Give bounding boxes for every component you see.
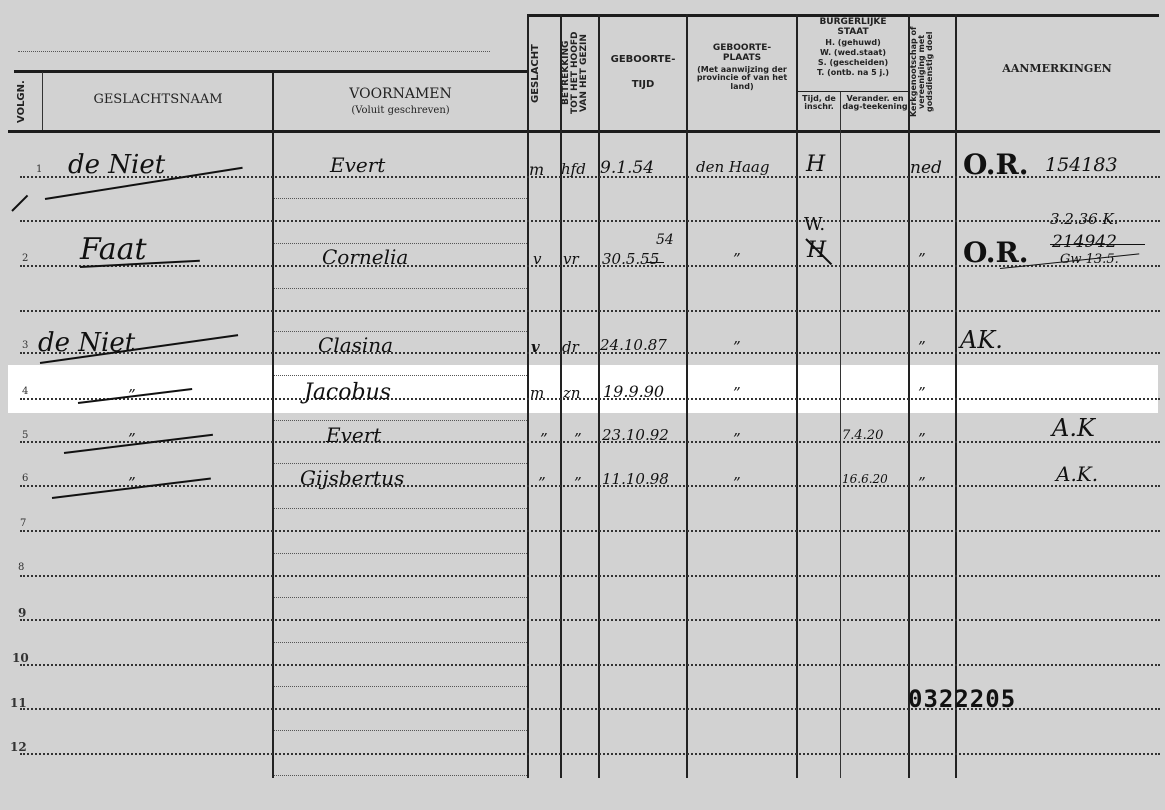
header-bs-w: W. (wed.staat) (798, 49, 908, 57)
row-line-7 (20, 530, 1160, 532)
vn-subline (274, 420, 527, 421)
row1-geboortedatum: 9.1.54 (600, 158, 654, 178)
row-number: 4 (22, 386, 28, 397)
row1-geslacht: m (529, 160, 544, 179)
vn-subline (274, 597, 527, 598)
row6-aanmerking: A.K. (1056, 462, 1098, 486)
row3-achternaam: de Niet (38, 328, 135, 358)
vn-subline (274, 686, 527, 687)
row6-geslacht: ” (538, 474, 546, 492)
row2-voornaam: Cornelia (322, 245, 408, 269)
row-line-8 (20, 575, 1160, 577)
header-bs-s: S. (gescheiden) (798, 59, 908, 67)
row-number: 6 (22, 473, 28, 484)
vn-subline (274, 243, 527, 244)
header-bs-verander: Verander. en dag-teekening (842, 95, 908, 112)
col-line-volgnr (42, 72, 43, 130)
row-line-2b (20, 310, 1160, 312)
header-volgnr: VOLGN. (17, 76, 37, 128)
row6-geboortedatum: 11.10.98 (602, 470, 669, 488)
row2-geboortedatum: 30.5.55 (602, 250, 659, 268)
row6-kerk: ” (918, 474, 926, 492)
row4-geboorteplaats: ” (733, 384, 741, 402)
row6-geboorteplaats: ” (733, 474, 741, 492)
row-number: 10 (12, 651, 29, 665)
header-geslacht: GESLACHT (531, 22, 557, 126)
row1-betrekking: hfd (561, 160, 586, 178)
row3-geboortedatum: 24.10.87 (600, 336, 667, 354)
row-number: 8 (18, 562, 24, 573)
row5-strike (64, 434, 213, 454)
staat-sub-divider (797, 91, 908, 92)
row1-kerk: ned (910, 158, 942, 178)
header-kerkgenootschap: Kerkgenootschap of vereeniging met godsd… (910, 16, 954, 128)
registration-card: VOLGN. GESLACHTSNAAM VOORNAMEN (Voluit g… (0, 0, 1165, 810)
row5-voornaam: Evert (326, 423, 381, 447)
row3-geboorteplaats: ” (733, 338, 741, 356)
header-betrekking: BETREKKING TOT HET HOOFD VAN HET GEZIN (562, 18, 596, 128)
row5-geboorteplaats: ” (733, 430, 741, 448)
row2-geslacht: v (533, 250, 541, 268)
row1-aanmerking: 154183 (1045, 154, 1118, 176)
vn-subline (274, 288, 527, 289)
row-number: 5 (22, 430, 28, 441)
row3-kerk: ” (918, 338, 926, 356)
row2-kerk: ” (918, 250, 926, 268)
vn-subline (274, 642, 527, 643)
vn-subline (274, 375, 527, 376)
header-bs-t: T. (ontb. na 5 j.) (798, 69, 908, 77)
row1-achternaam: de Niet (68, 150, 165, 180)
row5-betrekking: ” (574, 430, 582, 448)
row4-kerk: ” (918, 384, 926, 402)
row3-voornaam: Clasina (318, 333, 393, 357)
col-line-staat-split (840, 92, 841, 778)
vn-subline (274, 553, 527, 554)
row-number: 7 (20, 518, 26, 529)
row2-or-stamp: O.R. (963, 236, 1029, 269)
header-burgerlijke-staat-2: STAAT (798, 28, 908, 37)
row4-voornaam: Jacobus (304, 380, 391, 405)
row6-betrekking: ” (574, 474, 582, 492)
header-geboorteplaats-2: PLAATS (688, 54, 796, 63)
row-line-5 (20, 441, 1160, 443)
row3-aanmerking: AK. (960, 326, 1003, 354)
row2-achternaam: Faat (80, 232, 147, 267)
top-dotted-line (18, 51, 490, 52)
row-line-1b (20, 220, 1160, 222)
row2-aanmerking-strike (1050, 244, 1145, 245)
row2-geboortedatum-correctie: 54 (656, 232, 674, 248)
row5-geboortedatum: 23.10.92 (602, 426, 669, 444)
row1-voornaam: Evert (330, 153, 385, 177)
header-voornamen-sub: (Voluit geschreven) (274, 106, 527, 117)
row-line-10 (20, 664, 1160, 666)
header-aanmerkingen: AANMERKINGEN (957, 63, 1157, 75)
row2-aanmerking: 214942 (1052, 232, 1117, 252)
header-geboortetijd-1: GEBOORTE- (600, 55, 686, 66)
row2-geboorteplaats: ” (733, 250, 741, 268)
row-number: 2 (22, 253, 28, 264)
vn-subline (274, 508, 527, 509)
row-number: 11 (10, 696, 27, 710)
row2-aanmerking-boven: 3.2.36 K. (1050, 210, 1118, 228)
row4-geboortedatum: 19.9.90 (603, 382, 664, 401)
row3-geslacht: v (531, 338, 540, 356)
row-line-9 (20, 619, 1160, 621)
row5-aanmerking: A.K (1052, 414, 1095, 442)
row-number: 3 (22, 340, 28, 351)
row5-verandering: 7.4.20 (842, 428, 883, 443)
row3-betrekking: dr (562, 338, 579, 356)
header-geslachtsnaam: GESLACHTSNAAM (44, 93, 272, 107)
header-bottom-border (8, 130, 1160, 133)
row2-betrekking: vr (563, 250, 579, 268)
vn-subline (274, 198, 527, 199)
row1-geboorteplaats: den Haag (696, 158, 769, 176)
header-bs-tijd: Tijd, de inschr. (798, 95, 840, 112)
row-number: 9 (18, 606, 26, 620)
row2-date-strike (646, 262, 664, 263)
row6-voornaam: Gijsbertus (300, 466, 404, 490)
vn-subline (274, 463, 527, 464)
row1-staat: H (806, 152, 825, 177)
vn-subline (274, 775, 527, 776)
row1-slash (11, 195, 28, 212)
stamp-number: 0322205 (908, 685, 1016, 713)
header-geboorteplaats-sub: (Met aanwijzing der provincie of van het… (694, 66, 790, 91)
row-line-6 (20, 485, 1160, 487)
row2-staat: W. (804, 214, 825, 235)
header-geboortetijd-2: TIJD (600, 80, 686, 91)
vn-subline (274, 331, 527, 332)
vn-subline (274, 730, 527, 731)
row-number: 12 (10, 740, 27, 754)
row-line-12 (20, 753, 1160, 755)
row-number: 1 (36, 164, 42, 175)
row-line-4 (20, 398, 1160, 400)
row1-or-stamp: O.R. (963, 148, 1029, 181)
row5-geslacht: ” (540, 430, 548, 448)
row5-kerk: ” (918, 430, 926, 448)
row4-betrekking: zn (563, 384, 581, 402)
header-voornamen: VOORNAMEN (274, 87, 527, 102)
row4-geslacht: m (530, 384, 544, 402)
row6-verandering: 16.6.20 (842, 472, 888, 486)
header-bs-h: H. (gehuwd) (798, 39, 908, 47)
